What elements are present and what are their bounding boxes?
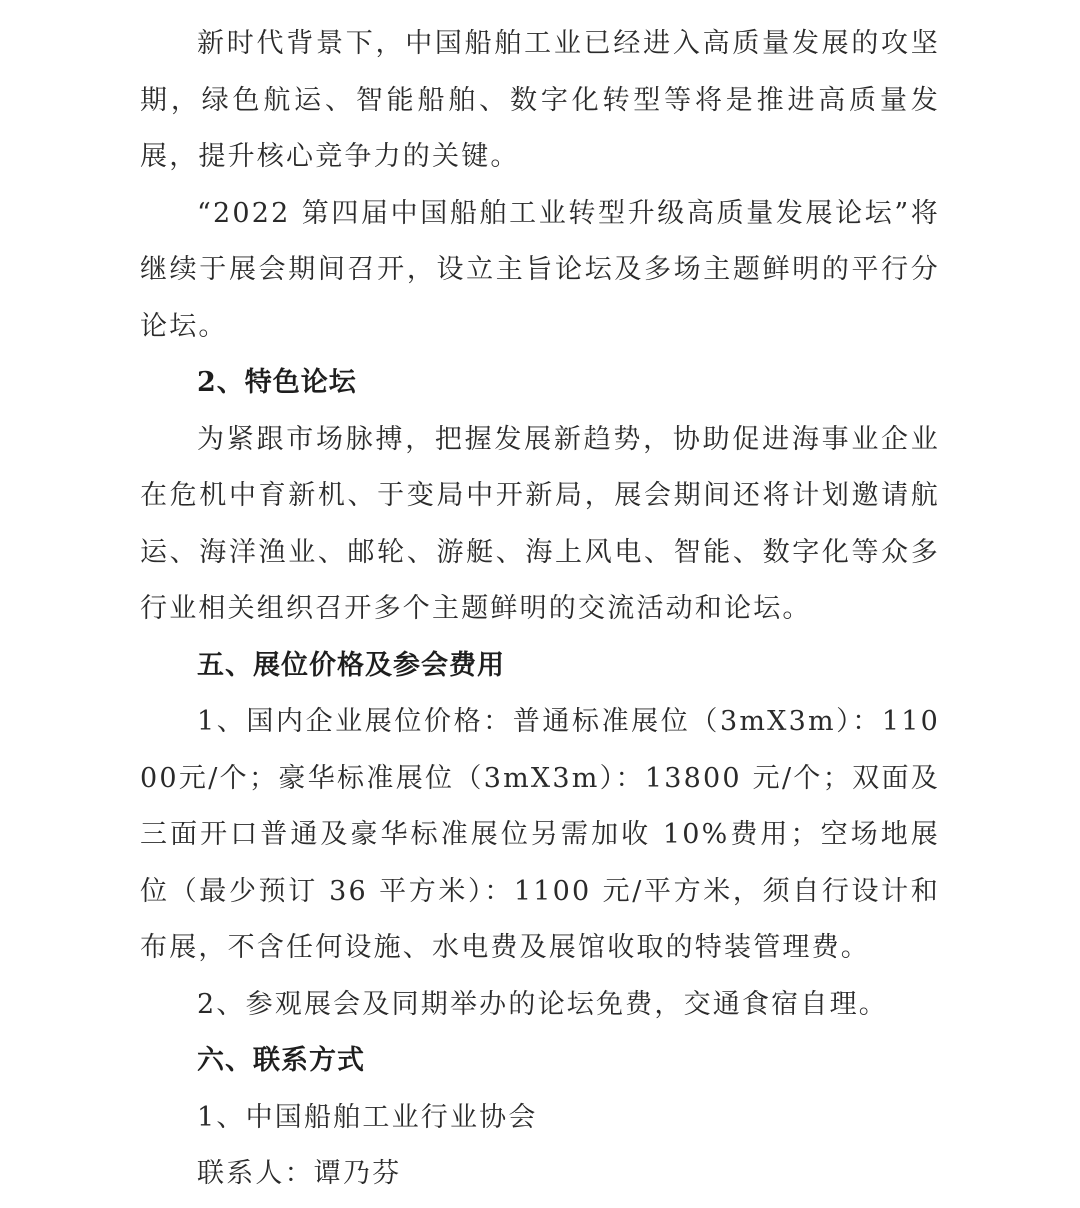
paragraph-domestic-booth-price: 1、国内企业展位价格：普通标准展位（3mX3m）：11000元/个；豪华标准展位… <box>140 694 940 977</box>
paragraph-visit-free: 2、参观展会及同期举办的论坛免费，交通食宿自理。 <box>140 977 940 1034</box>
paragraph-featured-forum: 为紧跟市场脉搏，把握发展新趋势，协助促进海事业企业在危机中育新机、于变局中开新局… <box>140 412 940 638</box>
document-page: 新时代背景下，中国船舶工业已经进入高质量发展的攻坚期，绿色航运、智能船舶、数字化… <box>140 16 940 1203</box>
heading-featured-forum: 2、特色论坛 <box>140 355 940 412</box>
contact-organization: 1、中国船舶工业行业协会 <box>140 1090 940 1147</box>
heading-contact: 六、联系方式 <box>140 1033 940 1090</box>
contact-person: 联系人：谭乃芬 <box>140 1146 940 1203</box>
paragraph-forum-intro: “2022 第四届中国船舶工业转型升级高质量发展论坛”将继续于展会期间召开，设立… <box>140 186 940 356</box>
heading-booth-prices: 五、展位价格及参会费用 <box>140 638 940 695</box>
paragraph-background: 新时代背景下，中国船舶工业已经进入高质量发展的攻坚期，绿色航运、智能船舶、数字化… <box>140 16 940 186</box>
